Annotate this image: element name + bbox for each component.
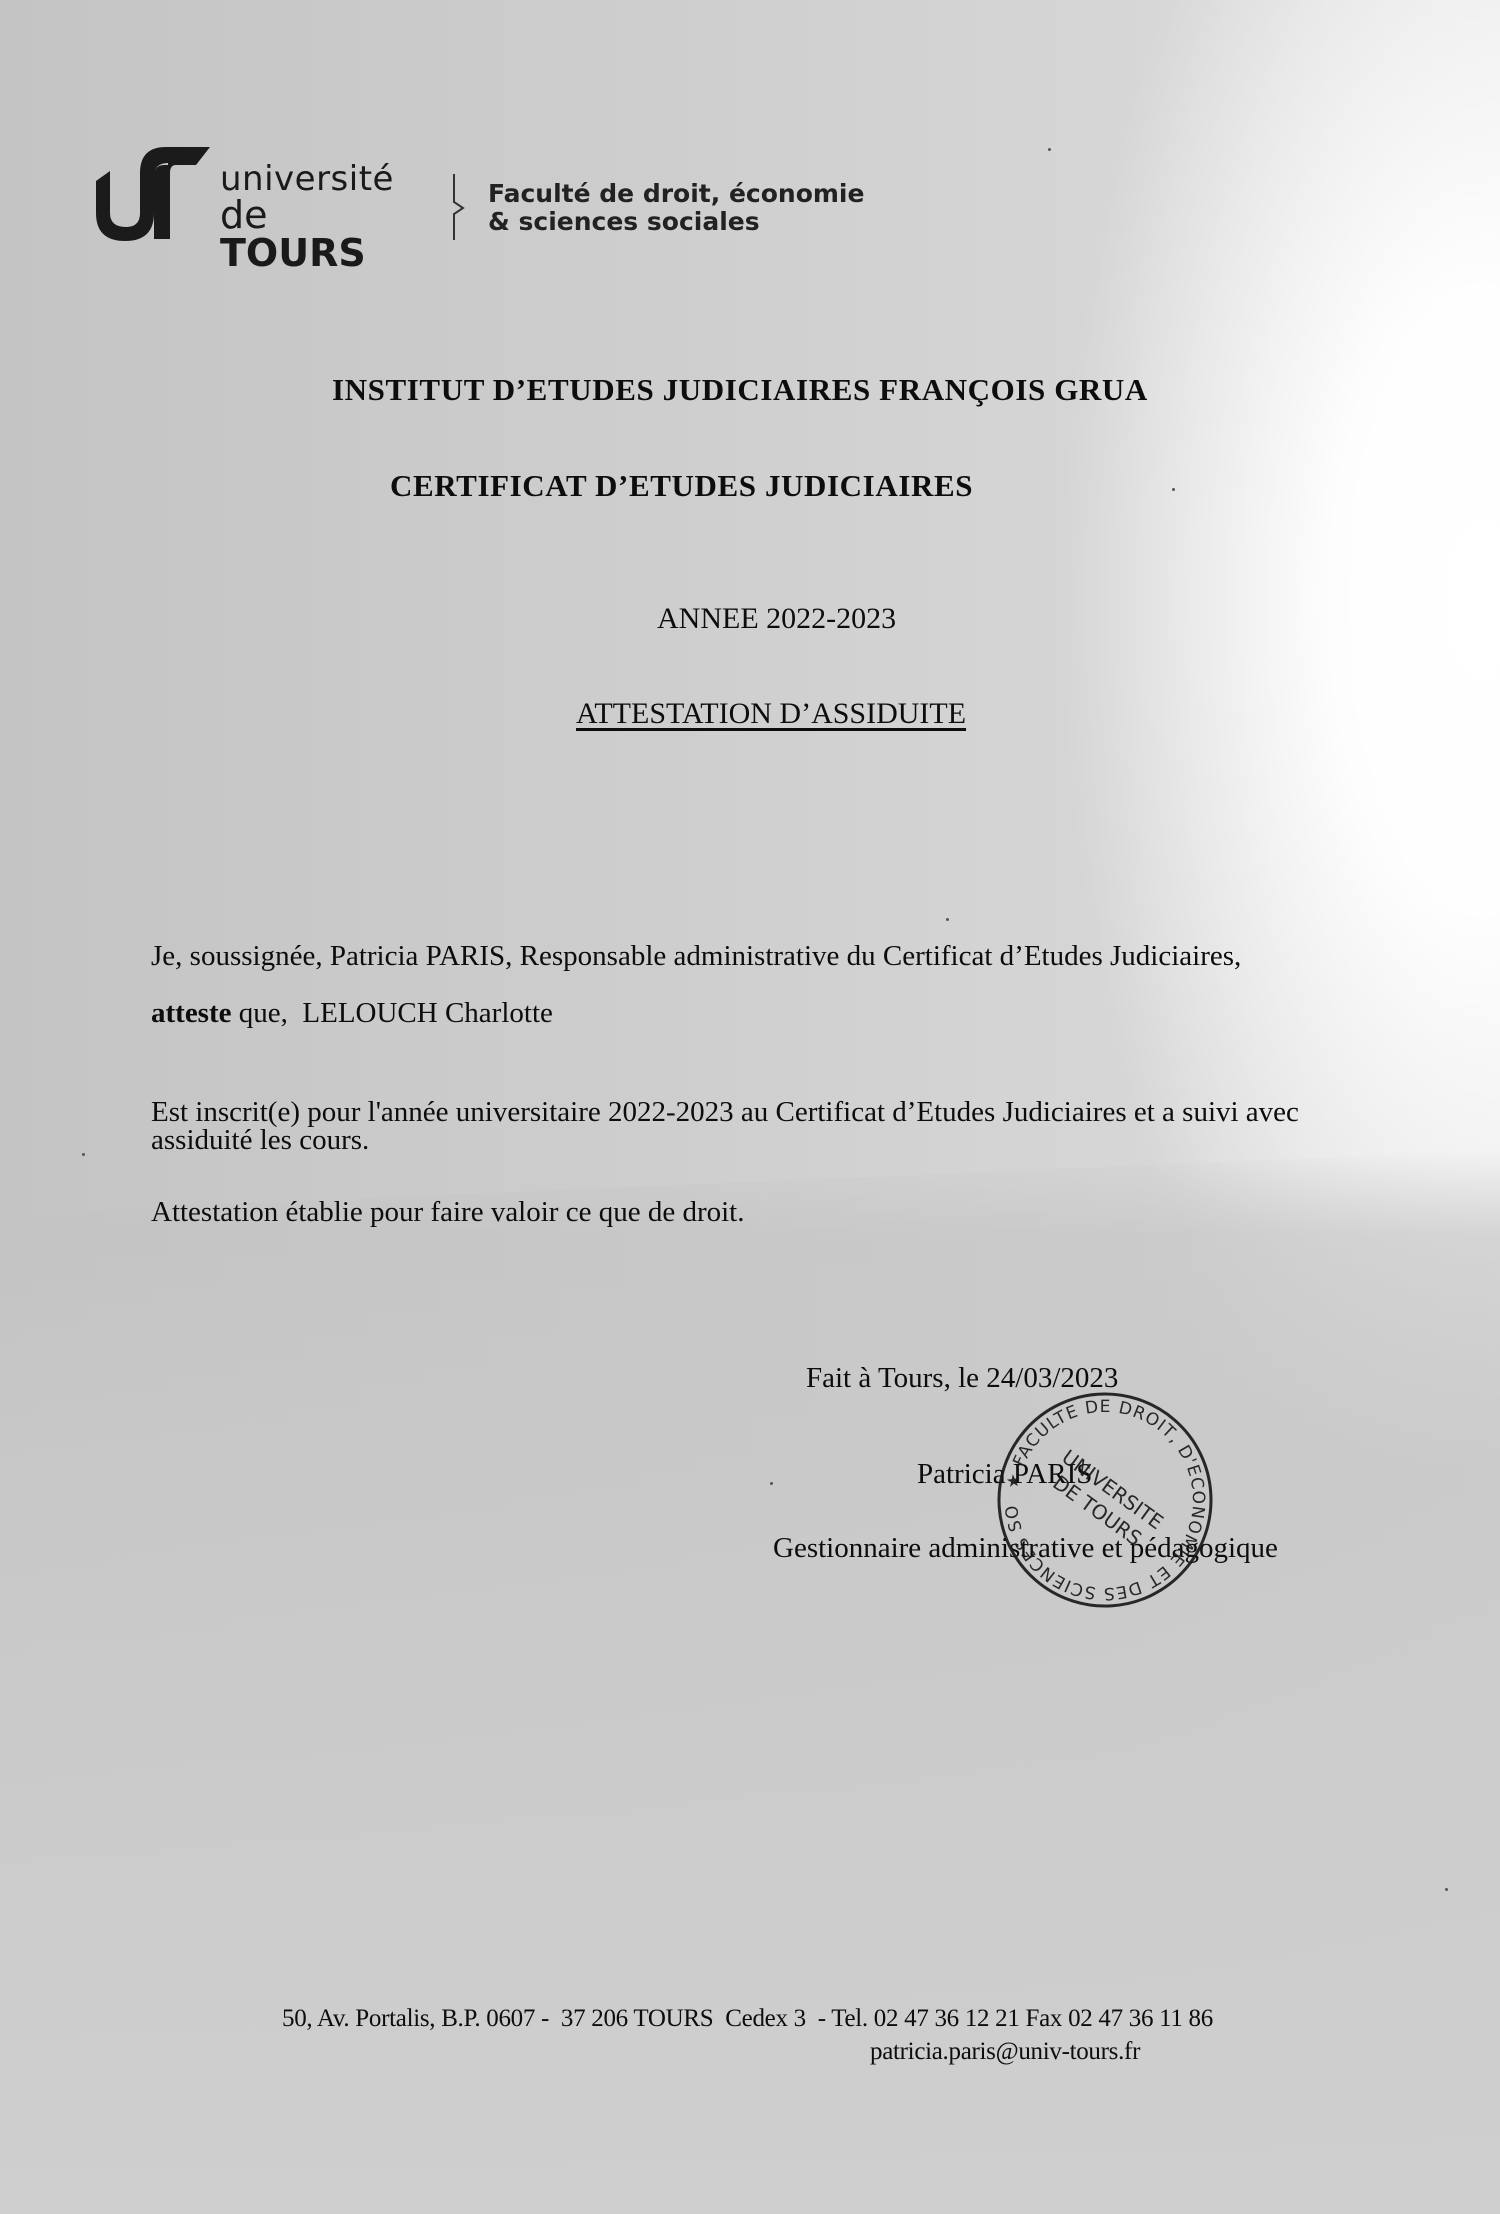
paper-speck (946, 918, 949, 921)
paper-shadow (0, 1150, 1500, 2214)
document-type-heading: ATTESTATION D’ASSIDUITE (576, 697, 966, 731)
attest-bold: atteste (151, 997, 232, 1029)
attest-student: que, LELOUCH Charlotte (232, 997, 553, 1029)
stamp-outer-text: ★ FACULTE DE DROIT, D'ECONOMIE ET DES SC… (988, 1383, 1216, 1611)
footer-address: 50, Av. Portalis, B.P. 0607 - 37 206 TOU… (282, 2005, 1213, 2033)
academic-year: ANNEE 2022-2023 (657, 602, 896, 636)
faculty-name: Faculté de droit, économie & sciences so… (488, 180, 864, 236)
logo-line1: université (220, 162, 394, 196)
faculty-line1: Faculté de droit, économie (488, 180, 864, 208)
place-date: Fait à Tours, le 24/03/2023 (806, 1362, 1118, 1395)
closing-paragraph: Attestation établie pour faire valoir ce… (151, 1196, 744, 1229)
logo-wordmark: université de TOURS (220, 162, 394, 272)
paper-speck (1048, 148, 1051, 151)
bracket-divider-icon (452, 172, 466, 242)
ut-monogram-logo-icon (92, 143, 217, 243)
declaration-paragraph: Je, soussignée, Patricia PARIS, Responsa… (151, 940, 1241, 973)
svg-text:★ FACULTE DE DROIT, D'ECONOMIE: ★ FACULTE DE DROIT, D'ECONOMIE ET DES SC… (988, 1383, 1216, 1611)
official-stamp-icon: ★ FACULTE DE DROIT, D'ECONOMIE ET DES SC… (988, 1383, 1223, 1618)
university-logo: université de TOURS (92, 140, 217, 245)
logo-line2: de TOURS (220, 196, 394, 272)
logo-line2-bold: TOURS (220, 231, 366, 275)
footer-email[interactable]: patricia.paris@univ-tours.fr (870, 2038, 1140, 2066)
paper-speck (1445, 1888, 1448, 1891)
paper-speck (82, 1153, 85, 1156)
paper-speck (770, 1482, 773, 1485)
paper-speck (1172, 488, 1175, 491)
attest-line: atteste que, LELOUCH Charlotte (151, 997, 553, 1030)
institute-title: INSTITUT D’ETUDES JUDICIAIRES FRANÇOIS G… (332, 372, 1148, 408)
faculty-line2: & sciences sociales (488, 208, 864, 236)
certificate-title: CERTIFICAT D’ETUDES JUDICIAIRES (390, 468, 973, 504)
enrollment-paragraph: Est inscrit(e) pour l'année universitair… (151, 1098, 1401, 1154)
